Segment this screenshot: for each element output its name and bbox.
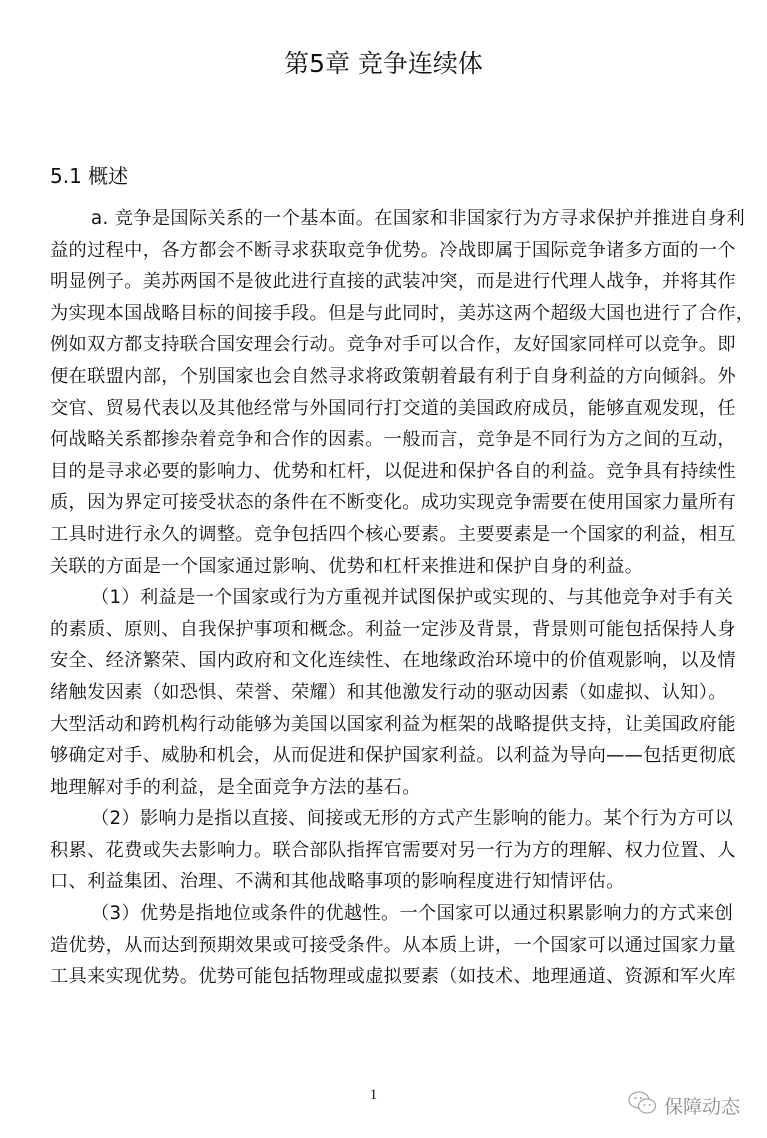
wechat-icon	[628, 1090, 658, 1120]
text-line: 造优势，从而达到预期效果或可接受条件。从本质上讲，一个国家可以通过国家力量	[50, 930, 706, 962]
watermark-text: 保障动态	[664, 1092, 740, 1119]
watermark: 保障动态	[628, 1090, 740, 1120]
text-line: 积累、花费或失去影响力。联合部队指挥官需要对另一行为方的理解、权力位置、人	[50, 835, 706, 867]
text-line: 目的是寻求必要的影响力、优势和杠杆，以促进和保护各自的利益。竞争具有持续性	[50, 456, 706, 488]
text-line: 大型活动和跨机构行动能够为美国以国家利益为框架的战略提供支持，让美国政府能	[50, 709, 706, 741]
text-line: 绪触发因素（如恐惧、荣誉、荣耀）和其他激发行动的驱动因素（如虚拟、认知）。	[50, 677, 706, 709]
text-line: 交官、贸易代表以及其他经常与外国同行打交道的美国政府成员，能够直观发现，任	[50, 393, 706, 425]
text-line: 益的过程中，各方都会不断寻求获取竞争优势。冷战即属于国际竞争诸多方面的一个	[50, 235, 706, 267]
text-line: 工具来实现优势。优势可能包括物理或虚拟要素（如技术、地理通道、资源和军火库	[50, 961, 706, 993]
text-line: 便在联盟内部，个别国家也会自然寻求将政策朝着最有利于自身利益的方向倾斜。外	[50, 361, 706, 393]
text-line: 够确定对手、威胁和机会，从而促进和保护国家利益。以利益为导向——包括更彻底	[50, 740, 706, 772]
text-line: 地理解对手的利益，是全面竞争方法的基石。	[50, 772, 706, 804]
text-line: a. 竞争是国际关系的一个基本面。在国家和非国家行为方寻求保护并推进自身利	[50, 203, 706, 235]
text-line: 为实现本国战略目标的间接手段。但是与此同时，美苏这两个超级大国也进行了合作，	[50, 298, 706, 330]
text-line: （2）影响力是指以直接、间接或无形的方式产生影响的能力。某个行为方可以	[50, 803, 706, 835]
text-line: 例如双方都支持联合国安理会行动。竞争对手可以合作，友好国家同样可以竞争。即	[50, 329, 706, 361]
text-line: 的素质、原则、自我保护事项和概念。利益一定涉及背景，背景则可能包括保持人身	[50, 614, 706, 646]
text-line: （3）优势是指地位或条件的优越性。一个国家可以通过积累影响力的方式来创	[50, 898, 706, 930]
text-line: 何战略关系都掺杂着竞争和合作的因素。一般而言，竞争是不同行为方之间的互动，	[50, 424, 706, 456]
text-line: 关联的方面是一个国家通过影响、优势和杠杆来推进和保护自身的利益。	[50, 551, 706, 583]
text-line: 明显例子。美苏两国不是彼此进行直接的武装冲突，而是进行代理人战争，并将其作	[50, 266, 706, 298]
text-line: 口、利益集团、治理、不满和其他战略事项的影响程度进行知情评估。	[50, 866, 706, 898]
text-line: （1）利益是一个国家或行为方重视并试图保护或实现的、与其他竞争对手有关	[50, 582, 706, 614]
chapter-title: 第5章 竞争连续体	[0, 44, 767, 80]
text-line: 工具时进行永久的调整。竞争包括四个核心要素。主要要素是一个国家的利益，相互	[50, 519, 706, 551]
text-line: 质，因为界定可接受状态的条件在不断变化。成功实现竞争需要在使用国家力量所有	[50, 487, 706, 519]
text-line: 安全、经济繁荣、国内政府和文化连续性、在地缘政治环境中的价值观影响，以及情	[50, 645, 706, 677]
section-title: 5.1 概述	[50, 160, 128, 189]
document-body: a. 竞争是国际关系的一个基本面。在国家和非国家行为方寻求保护并推进自身利益的过…	[50, 203, 706, 993]
